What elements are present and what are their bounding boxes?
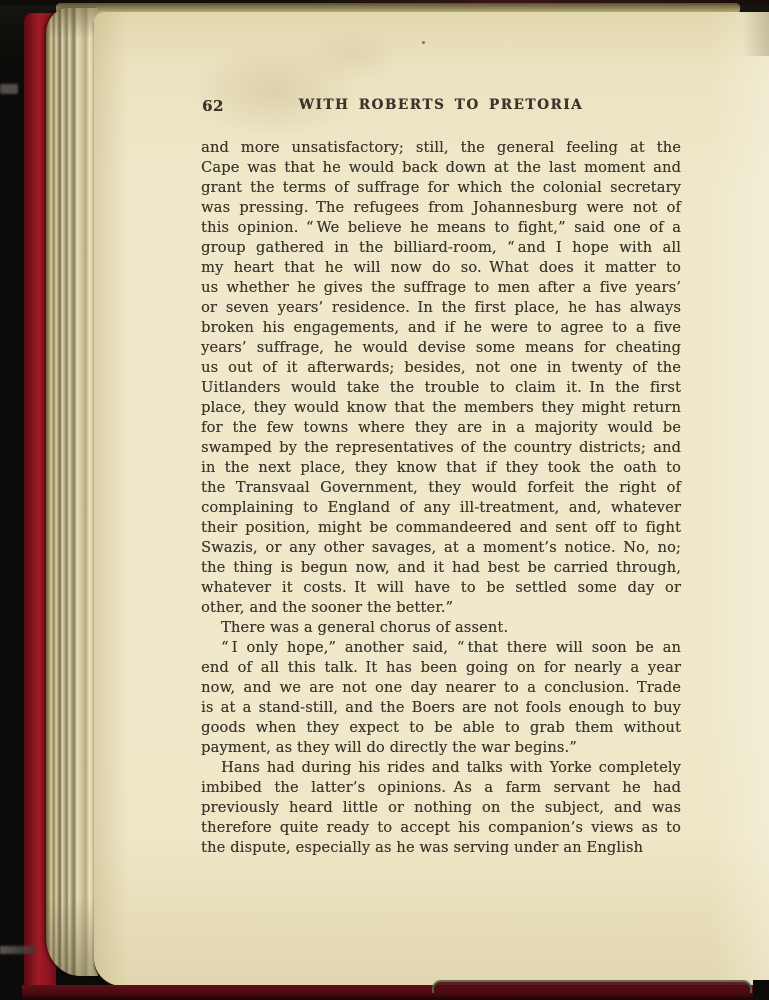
book-page-fore-edges [46, 8, 98, 976]
page-corner-shade [735, 12, 769, 56]
running-header: WITH ROBERTS TO PRETORIA [201, 97, 681, 113]
text-line: years’ suffrage, he would devise some me… [201, 338, 681, 358]
text-line: payment, as they will do directly the wa… [201, 738, 681, 758]
text-line: end of all this talk. It has been going … [201, 658, 681, 678]
text-line: whatever it costs. It will have to be se… [201, 578, 681, 598]
paragraph: There was a general chorus of assent. [201, 618, 681, 638]
book-page: 62 WITH ROBERTS TO PRETORIA and more uns… [94, 12, 769, 986]
text-line: now, and we are not one day nearer to a … [201, 678, 681, 698]
text-line: There was a general chorus of assent. [201, 618, 681, 638]
paragraph: Hans had during his rides and talks with… [201, 758, 681, 858]
page-number: 62 [202, 97, 224, 115]
text-line: this opinion. “ We believe he means to f… [201, 218, 681, 238]
page-header: 62 WITH ROBERTS TO PRETORIA [201, 97, 681, 113]
text-line: in the next place, they know that if the… [201, 458, 681, 478]
text-line: place, they would know that the members … [201, 398, 681, 418]
text-line: my heart that he will now do so. What do… [201, 258, 681, 278]
background-streak-top [0, 84, 18, 94]
book-photo-scene: 62 WITH ROBERTS TO PRETORIA and more uns… [0, 0, 769, 1000]
text-line: their position, might be commandeered an… [201, 518, 681, 538]
text-line: complaining to England of any ill-treatm… [201, 498, 681, 518]
paragraph: and more unsatisfactory; still, the gene… [201, 138, 681, 618]
text-line: other, and the sooner the better.” [201, 598, 681, 618]
text-line: broken his engagements, and if he were t… [201, 318, 681, 338]
text-line: and more unsatisfactory; still, the gene… [201, 138, 681, 158]
text-line: us whether he gives the suffrage to men … [201, 278, 681, 298]
text-line: goods when they expect to be able to gra… [201, 718, 681, 738]
text-line: the dispute, especially as he was servin… [201, 838, 681, 858]
text-line: the thing is begun now, and it had best … [201, 558, 681, 578]
text-line: swamped by the representatives of the co… [201, 438, 681, 458]
paragraph: “ I only hope,” another said, “ that the… [201, 638, 681, 758]
bottom-right-shadow [753, 980, 769, 1000]
text-line: Hans had during his rides and talks with… [201, 758, 681, 778]
text-line: for the few towns where they are in a ma… [201, 418, 681, 438]
text-line: therefore quite ready to accept his comp… [201, 818, 681, 838]
text-line: “ I only hope,” another said, “ that the… [201, 638, 681, 658]
text-line: Uitlanders would take the trouble to cla… [201, 378, 681, 398]
cover-board-edge [432, 980, 752, 993]
body-text: and more unsatisfactory; still, the gene… [201, 138, 681, 858]
text-line: grant the terms of suffrage for which th… [201, 178, 681, 198]
text-line: previously heard little or nothing on th… [201, 798, 681, 818]
printed-text-block: 62 WITH ROBERTS TO PRETORIA and more uns… [201, 97, 681, 858]
text-line: group gathered in the billiard-room, “ a… [201, 238, 681, 258]
background-streak-bottom [0, 946, 36, 954]
text-line: imbibed the latter’s opinions. As a farm… [201, 778, 681, 798]
text-line: us out of it afterwards; besides, not on… [201, 358, 681, 378]
text-line: the Transvaal Government, they would for… [201, 478, 681, 498]
paper-speck [422, 41, 425, 44]
text-line: was pressing. The refugees from Johannes… [201, 198, 681, 218]
text-line: is at a stand-still, and the Boers are n… [201, 698, 681, 718]
text-line: Swazis, or any other savages, at a momen… [201, 538, 681, 558]
text-line: or seven years’ residence. In the first … [201, 298, 681, 318]
text-line: Cape was that he would back down at the … [201, 158, 681, 178]
